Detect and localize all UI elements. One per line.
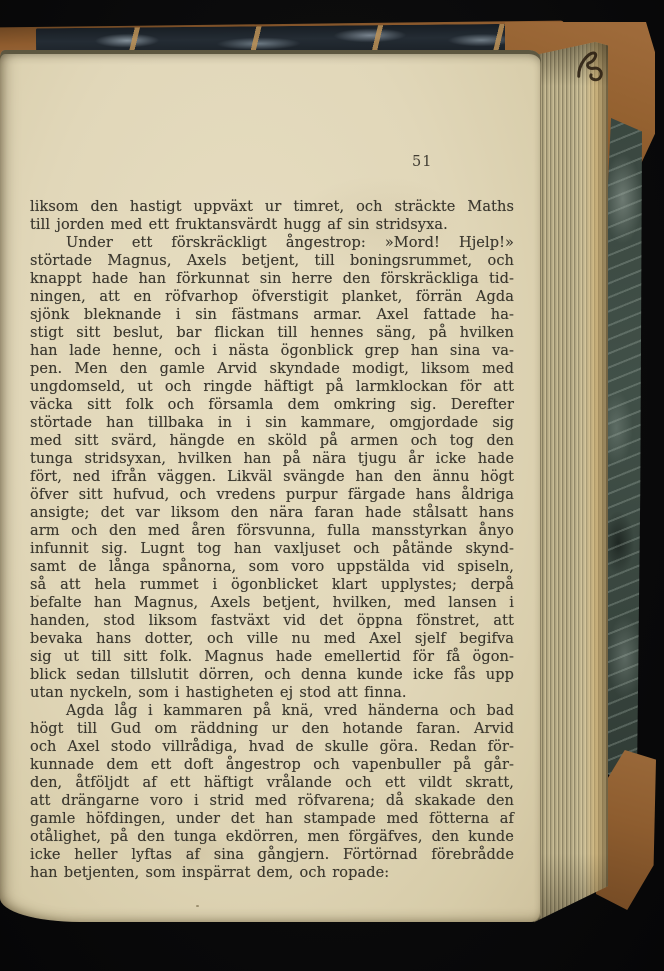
text-line: Agda låg i kammaren på knä, vred händern… <box>30 702 514 720</box>
text-line: den, åtföljdt af ett häftigt vrålande oc… <box>30 774 514 792</box>
text-line: störtade Magnus, Axels betjent, till bon… <box>30 252 514 270</box>
text-line: Under ett förskräckligt ångestrop: »Mord… <box>30 234 514 252</box>
text-line: gamle höfdingen, under det han stampade … <box>30 810 514 828</box>
text-line: så att hela rummet i ögonblicket klart u… <box>30 576 514 594</box>
text-line: han betjenten, som inspärrat dem, och ro… <box>30 864 514 882</box>
text-line: till jorden med ett fruktansvärdt hugg a… <box>30 216 514 234</box>
text-line: utan nyckeln, som i hastigheten ej stod … <box>30 684 514 702</box>
text-line: störtade han tillbaka in i sin kammare, … <box>30 414 514 432</box>
text-line: kunnade dem ett doft ångestrop och vapen… <box>30 756 514 774</box>
page-block-fore-edge <box>534 42 608 924</box>
text-line: med sitt svärd, hängde en sköld på armen… <box>30 432 514 450</box>
text-line: pen. Men den gamle Arvid skyndade modigt… <box>30 360 514 378</box>
text-line: infunnit sig. Lugnt tog han vaxljuset oc… <box>30 540 514 558</box>
text-line: handen, stod liksom fastväxt vid det öpp… <box>30 612 514 630</box>
text-line: bevaka hans dotter, och ville nu med Axe… <box>30 630 514 648</box>
text-line: att drängarne voro i strid med röfvarena… <box>30 792 514 810</box>
text-line: och Axel stodo villrådiga, hvad de skull… <box>30 738 514 756</box>
text-line: högt till Gud om räddning ur den hotande… <box>30 720 514 738</box>
text-line: befalte han Magnus, Axels betjent, hvilk… <box>30 594 514 612</box>
text-line: han lade henne, och i nästa ögonblick gr… <box>30 342 514 360</box>
text-line: sjönk bleknande i sin fästmans armar. Ax… <box>30 306 514 324</box>
leather-blemish-mark <box>571 46 612 91</box>
book-photo-scene: 51 liksom den hastigt uppväxt ur timret,… <box>0 0 664 971</box>
text-line: sig ut till sitt folk. Magnus hade emell… <box>30 648 514 666</box>
text-line: icke heller lyftas af sina gångjern. För… <box>30 846 514 864</box>
text-line: öfver sitt hufvud, och vredens purpur fä… <box>30 486 514 504</box>
page-number: 51 <box>412 154 432 170</box>
text-line: liksom den hastigt uppväxt ur timret, oc… <box>30 198 514 216</box>
text-line: blick sedan tillslutit dörren, och denna… <box>30 666 514 684</box>
text-line: stigt sitt beslut, bar flickan till henn… <box>30 324 514 342</box>
text-line: ningen, att en röfvarhop öfverstigit pla… <box>30 288 514 306</box>
text-line: fört, ned ifrån väggen. Likväl svängde h… <box>30 468 514 486</box>
text-line: tunga stridsyxan, hvilken han på nära tj… <box>30 450 514 468</box>
text-line: ansigte; det var liksom den nära faran h… <box>30 504 514 522</box>
text-line: ungdomseld, ut och ringde häftigt på lar… <box>30 378 514 396</box>
book-page: 51 liksom den hastigt uppväxt ur timret,… <box>0 50 541 922</box>
text-line: knappt hade han förkunnat sin herre den … <box>30 270 514 288</box>
text-line: arm och den med åren försvunna, fulla ma… <box>30 522 514 540</box>
text-line: otålighet, på den tunga ekdörren, men fö… <box>30 828 514 846</box>
paper-speck <box>196 905 199 907</box>
text-line: väcka sitt folk och församla dem omkring… <box>30 396 514 414</box>
text-line: samt de långa spånorna, som voro uppstäl… <box>30 558 514 576</box>
page-text: liksom den hastigt uppväxt ur timret, oc… <box>30 198 514 882</box>
